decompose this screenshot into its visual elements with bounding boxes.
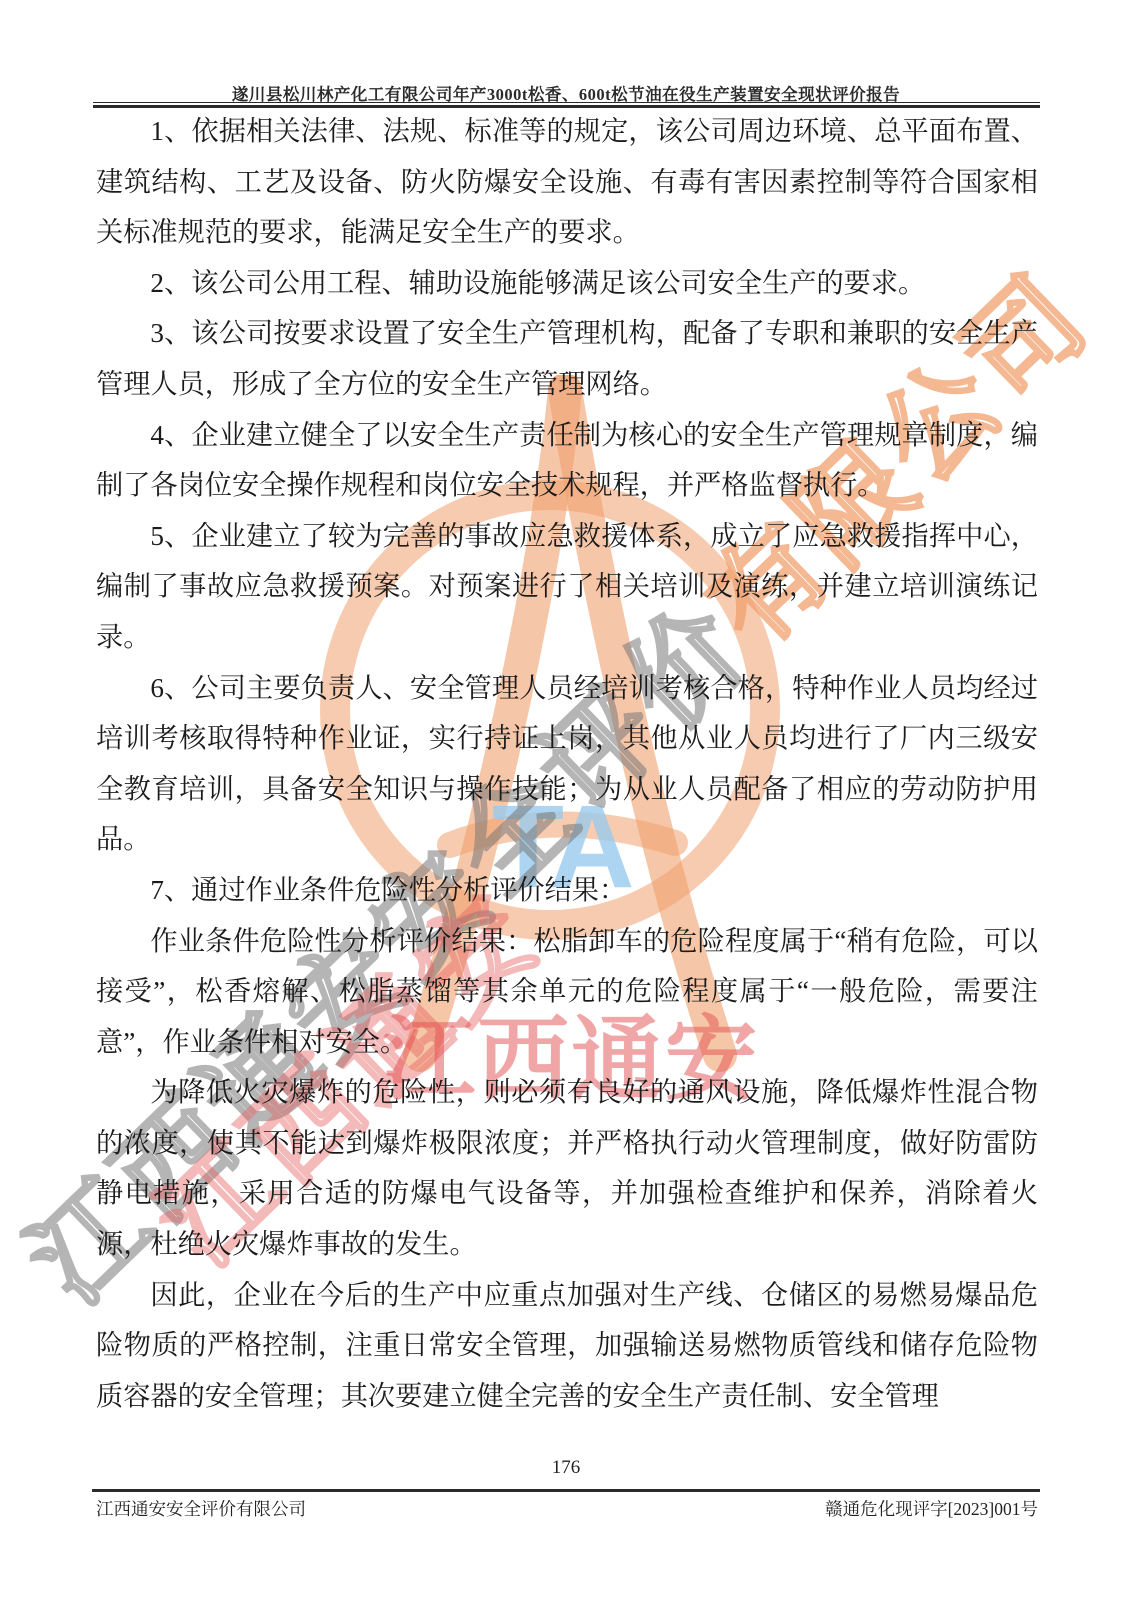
- paragraph: 因此，企业在今后的生产中应重点加强对生产线、仓储区的易燃易爆品危险物质的严格控制…: [96, 1270, 1038, 1422]
- paragraph: 3、该公司按要求设置了安全生产管理机构，配备了专职和兼职的安全生产管理人员，形成…: [96, 308, 1038, 409]
- body-text: 1、依据相关法律、法规、标准等的规定，该公司周边环境、总平面布置、建筑结构、工艺…: [96, 106, 1038, 1421]
- document-page: TA 江西通安安全评价有限公司 江西通安 江西通安 遂川县松川林产化工有限公司年…: [0, 0, 1132, 1600]
- paragraph: 作业条件危险性分析评价结果：松脂卸车的危险程度属于“稍有危险，可以接受”，松香熔…: [96, 916, 1038, 1068]
- paragraph: 为降低火灾爆炸的危险性，则必须有良好的通风设施，降低爆炸性混合物的浓度，使其不能…: [96, 1067, 1038, 1269]
- paragraph: 4、企业建立健全了以安全生产责任制为核心的安全生产管理规章制度，编制了各岗位安全…: [96, 410, 1038, 511]
- footer-doc-number: 赣通危化现评字[2023]001号: [825, 1496, 1038, 1521]
- paragraph: 6、公司主要负责人、安全管理人员经培训考核合格，特种作业人员均经过培训考核取得特…: [96, 663, 1038, 865]
- paragraph: 2、该公司公用工程、辅助设施能够满足该公司安全生产的要求。: [96, 258, 1038, 309]
- paragraph: 1、依据相关法律、法规、标准等的规定，该公司周边环境、总平面布置、建筑结构、工艺…: [96, 106, 1038, 258]
- footer-rule: [92, 1489, 1040, 1492]
- paragraph: 5、企业建立了较为完善的事故应急救援体系，成立了应急救援指挥中心，编制了事故应急…: [96, 511, 1038, 663]
- paragraph: 7、通过作业条件危险性分析评价结果：: [96, 865, 1038, 916]
- footer-row: 江西通安安全评价有限公司 赣通危化现评字[2023]001号: [96, 1496, 1038, 1521]
- header-rule-thin: [93, 102, 1040, 103]
- footer-page-number: 176: [0, 1457, 1132, 1479]
- footer-company: 江西通安安全评价有限公司: [96, 1496, 306, 1521]
